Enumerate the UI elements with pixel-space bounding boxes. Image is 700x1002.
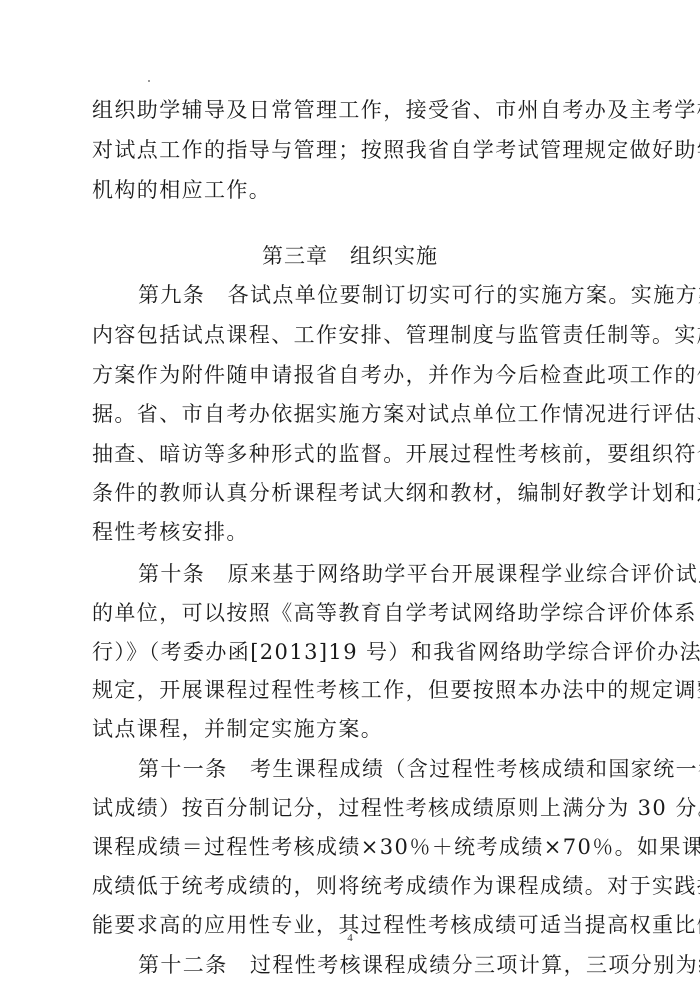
- page-number: 4: [0, 932, 700, 944]
- paragraph-line: 条件的教师认真分析课程考试大纲和教材，编制好教学计划和过: [92, 481, 606, 505]
- paragraph-line: 内容包括试点课程、工作安排、管理制度与监管责任制等。实施: [92, 323, 606, 347]
- article-12-first-line: 第十二条 过程性考核课程成绩分三项计算，三项分别为综: [138, 953, 606, 977]
- paragraph-line: 试点课程，并制定实施方案。: [92, 717, 606, 741]
- chapter-heading: 第三章 组织实施: [0, 244, 700, 268]
- paragraph-line: 成绩低于统考成绩的，则将统考成绩作为课程成绩。对于实践技: [92, 874, 606, 898]
- paragraph-line: 的单位，可以按照《高等教育自学考试网络助学综合评价体系（试: [92, 601, 606, 625]
- paragraph-line: 对试点工作的指导与管理；按照我省自学考试管理规定做好助学: [92, 138, 606, 162]
- paragraph-line: 机构的相应工作。: [92, 178, 606, 202]
- document-page: 组织助学辅导及日常管理工作，接受省、市州自考办及主考学校 对试点工作的指导与管理…: [0, 0, 700, 1002]
- paragraph-line: 规定，开展课程过程性考核工作，但要按照本办法中的规定调整: [92, 678, 606, 702]
- paragraph-line: 试成绩）按百分制记分，过程性考核成绩原则上满分为 30 分。即: [92, 796, 606, 820]
- paragraph-line: 组织助学辅导及日常管理工作，接受省、市州自考办及主考学校: [92, 98, 606, 122]
- paragraph-line: 行）》（考委办函[2013]19 号）和我省网络助学综合评价办法的: [92, 640, 606, 664]
- article-10-first-line: 第十条 原来基于网络助学平台开展课程学业综合评价试点: [138, 562, 606, 586]
- paragraph-line: 据。省、市自考办依据实施方案对试点单位工作情况进行评估、: [92, 402, 606, 426]
- article-9-first-line: 第九条 各试点单位要制订切实可行的实施方案。实施方案: [138, 283, 606, 307]
- paragraph-line: 方案作为附件随申请报省自考办，并作为今后检查此项工作的依: [92, 363, 606, 387]
- paragraph-line: 程性考核安排。: [92, 520, 606, 544]
- article-11-first-line: 第十一条 考生课程成绩（含过程性考核成绩和国家统一考: [138, 757, 606, 781]
- paragraph-line: 抽查、暗访等多种形式的监督。开展过程性考核前，要组织符合: [92, 442, 606, 466]
- scan-speck: [148, 80, 150, 82]
- paragraph-line: 课程成绩＝过程性考核成绩×30％＋统考成绩×70％。如果课程: [92, 835, 606, 859]
